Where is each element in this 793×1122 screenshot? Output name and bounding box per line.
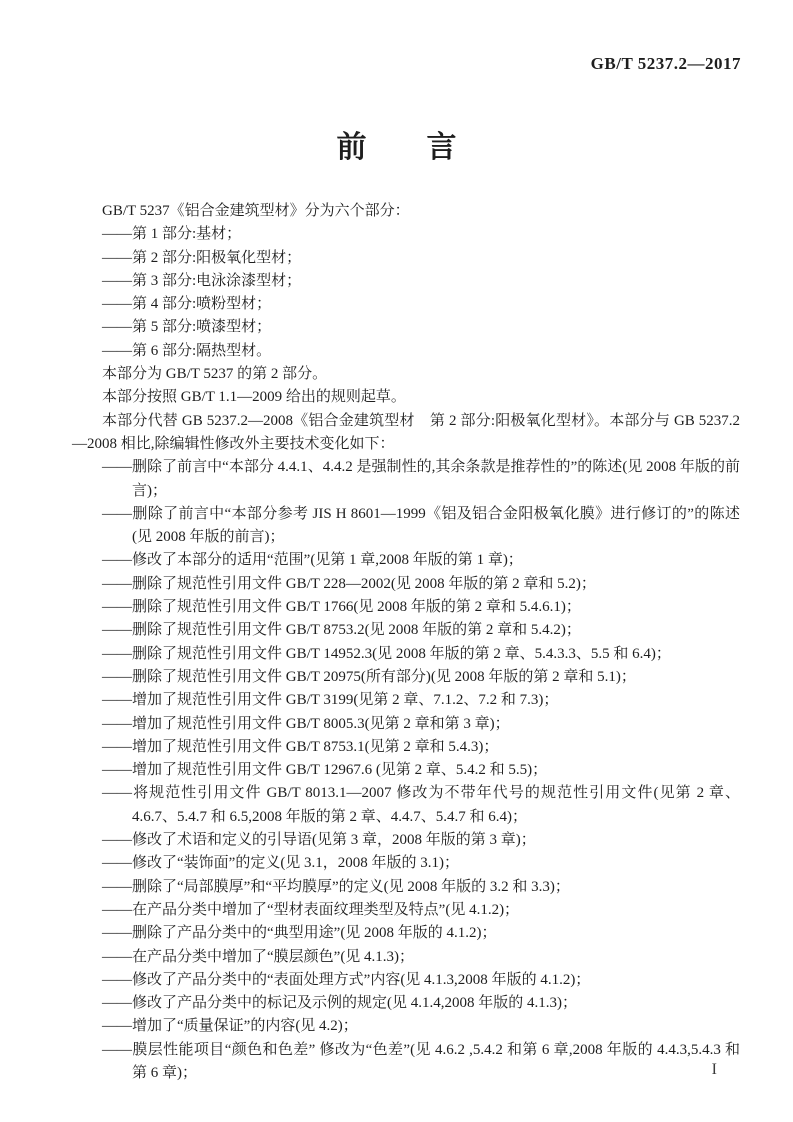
change-list-item: ——增加了“质量保证”的内容(见 4.2)； (72, 1015, 740, 1038)
change-list-item: ——修改了本部分的适用“范围”(见第 1 章,2008 年版的第 1 章)； (72, 549, 740, 572)
replacement-note: 本部分代替 GB 5237.2—2008《铝合金建筑型材 第 2 部分:阳极氧化… (72, 410, 740, 457)
change-list-item: ——增加了规范性引用文件 GB/T 8005.3(见第 2 章和第 3 章)； (72, 713, 740, 736)
changes-list: ——删除了前言中“本部分 4.4.1、4.4.2 是强制性的,其余条款是推荐性的… (72, 456, 740, 1085)
change-list-item: ——删除了规范性引用文件 GB/T 14952.3(见 2008 年版的第 2 … (72, 643, 740, 666)
part-list-item: ——第 5 部分:喷漆型材； (72, 316, 740, 339)
part-list-item: ——第 2 部分:阳极氧化型材； (72, 247, 740, 270)
change-list-item: ——增加了规范性引用文件 GB/T 8753.1(见第 2 章和 5.4.3)； (72, 736, 740, 759)
intro-paragraph: GB/T 5237《铝合金建筑型材》分为六个部分： (72, 200, 740, 223)
statement-drafting-rules: 本部分按照 GB/T 1.1—2009 给出的规则起草。 (72, 386, 740, 409)
change-list-item: ——删除了产品分类中的“典型用途”(见 2008 年版的 4.1.2)； (72, 922, 740, 945)
change-list-item: ——删除了规范性引用文件 GB/T 20975(所有部分)(见 2008 年版的… (72, 666, 740, 689)
change-list-item: ——在产品分类中增加了“膜层颜色”(见 4.1.3)； (72, 946, 740, 969)
change-list-item: ——删除了“局部膜厚”和“平均膜厚”的定义(见 2008 年版的 3.2 和 3… (72, 876, 740, 899)
change-list-item: ——删除了前言中“本部分参考 JIS H 8601—1999《铝及铝合金阳极氧化… (72, 503, 740, 550)
page-title: 前 言 (0, 122, 793, 166)
change-list-item: ——删除了规范性引用文件 GB/T 228—2002(见 2008 年版的第 2… (72, 573, 740, 596)
page-number: I (712, 1061, 717, 1079)
part-list-item: ——第 3 部分:电泳涂漆型材； (72, 270, 740, 293)
part-list-item: ——第 4 部分:喷粉型材； (72, 293, 740, 316)
statement-part-number: 本部分为 GB/T 5237 的第 2 部分。 (72, 363, 740, 386)
change-list-item: ——删除了规范性引用文件 GB/T 8753.2(见 2008 年版的第 2 章… (72, 619, 740, 642)
document-page: GB/T 5237.2—2017 前 言 GB/T 5237《铝合金建筑型材》分… (0, 0, 793, 1122)
change-list-item: ——在产品分类中增加了“型材表面纹理类型及特点”(见 4.1.2)； (72, 899, 740, 922)
change-list-item: ——删除了规范性引用文件 GB/T 1766(见 2008 年版的第 2 章和 … (72, 596, 740, 619)
change-list-item: ——修改了术语和定义的引导语(见第 3 章，2008 年版的第 3 章)； (72, 829, 740, 852)
change-list-item: ——修改了产品分类中的“表面处理方式”内容(见 4.1.3,2008 年版的 4… (72, 969, 740, 992)
change-list-item: ——将规范性引用文件 GB/T 8013.1—2007 修改为不带年代号的规范性… (72, 782, 740, 829)
standard-code: GB/T 5237.2—2017 (591, 54, 741, 74)
change-list-item: ——删除了前言中“本部分 4.4.1、4.4.2 是强制性的,其余条款是推荐性的… (72, 456, 740, 503)
change-list-item: ——膜层性能项目“颜色和色差” 修改为“色差”(见 4.6.2 ,5.4.2 和… (72, 1039, 740, 1086)
foreword-body: GB/T 5237《铝合金建筑型材》分为六个部分： ——第 1 部分:基材； —… (72, 200, 740, 1085)
change-list-item: ——增加了规范性引用文件 GB/T 12967.6 (见第 2 章、5.4.2 … (72, 759, 740, 782)
part-list-item: ——第 6 部分:隔热型材。 (72, 340, 740, 363)
change-list-item: ——修改了“装饰面”的定义(见 3.1，2008 年版的 3.1)； (72, 852, 740, 875)
parts-list: ——第 1 部分:基材； ——第 2 部分:阳极氧化型材； ——第 3 部分:电… (72, 223, 740, 363)
change-list-item: ——修改了产品分类中的标记及示例的规定(见 4.1.4,2008 年版的 4.1… (72, 992, 740, 1015)
change-list-item: ——增加了规范性引用文件 GB/T 3199(见第 2 章、7.1.2、7.2 … (72, 689, 740, 712)
part-list-item: ——第 1 部分:基材； (72, 223, 740, 246)
